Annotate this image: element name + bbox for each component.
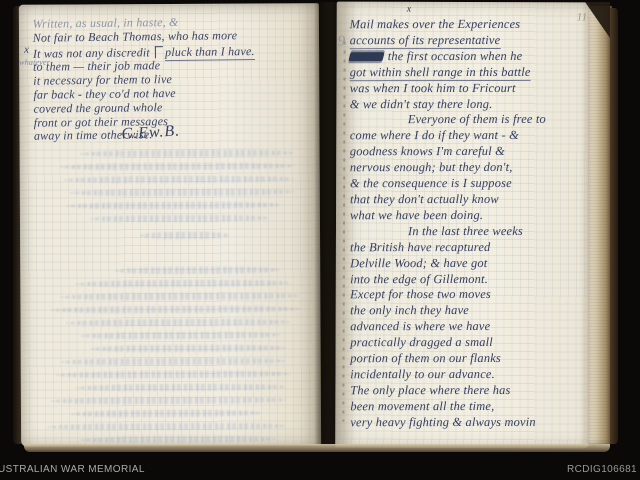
handwriting-line: the first occasion when he xyxy=(350,49,586,65)
scanned-diary-photo: x whatever Written, as usual, in haste, … xyxy=(0,0,640,480)
archive-name-label: USTRALIAN WAR MEMORIAL xyxy=(0,464,145,475)
ink-bleedthrough-line xyxy=(70,188,295,196)
handwriting-text: the British have recaptured xyxy=(350,240,490,254)
handwriting-line: nervous enough; but they don't, xyxy=(350,160,586,176)
handwriting-line: The only place where there has xyxy=(350,383,586,399)
handwriting-line: very heavy fighting & always movin xyxy=(350,414,586,430)
ink-bleedthrough-line xyxy=(71,410,261,418)
ink-bleedthrough-line xyxy=(90,214,270,222)
handwriting-text: The only place where there has xyxy=(350,383,510,397)
handwriting-text: what we have been doing. xyxy=(350,208,483,222)
page-stack-fore-edge xyxy=(588,6,612,444)
handwriting-text: the first occasion when he xyxy=(388,49,523,63)
handwriting-line: what we have been doing. xyxy=(350,208,586,224)
ink-bleedthrough-line xyxy=(75,279,290,287)
handwriting-text: got within shell range in this battle xyxy=(350,65,531,81)
ink-bleedthrough-block xyxy=(19,3,319,5)
handwriting-line: accounts of its representative xyxy=(350,33,586,49)
ink-bleedthrough-line xyxy=(60,162,295,170)
handwriting-text: portion of them on our flanks xyxy=(350,351,501,365)
notebook-cover-right-edge xyxy=(610,8,618,444)
margin-x-mark: x xyxy=(24,44,29,56)
handwriting-line: Delville Wood; & have got xyxy=(350,255,586,271)
handwriting-line: portion of them on our flanks xyxy=(350,351,586,367)
handwriting-text: & the consequence is I suppose xyxy=(350,176,512,190)
ink-bleedthrough-line xyxy=(76,383,286,391)
handwriting-line: & the consequence is I suppose xyxy=(350,176,586,192)
handwriting-text: Mail makes over the Experiences xyxy=(350,17,521,31)
handwriting-text: very heavy fighting & always movin xyxy=(350,415,535,429)
signature-cewb: C.Ew.B. xyxy=(121,122,181,143)
right-page-handwriting: Mail makes over the Experiencesaccounts … xyxy=(350,17,587,431)
handwriting-text: the only inch they have xyxy=(350,303,469,317)
handwriting-line: into the edge of Gillemont. xyxy=(350,271,586,287)
insertion-bracket xyxy=(155,46,163,58)
ink-bleedthrough-line xyxy=(56,370,291,378)
archive-id-label: RCDIG106681 xyxy=(567,464,637,475)
ink-bleedthrough-line xyxy=(81,331,281,339)
handwriting-text: that they don't actually know xyxy=(350,192,499,206)
handwriting-text: practically dragged a small xyxy=(350,335,493,349)
handwriting-line: practically dragged a small xyxy=(350,335,586,351)
right-page: x 116 9 Mail makes over the Experiencesa… xyxy=(335,2,591,449)
handwriting-line: been movement all the time, xyxy=(350,399,586,415)
ink-bleedthrough-line xyxy=(51,396,286,404)
margin-number: 9 xyxy=(338,34,346,51)
handwriting-text: goodness knows I'm careful & xyxy=(350,144,505,158)
handwriting-text: Everyone of them is free to xyxy=(408,112,546,126)
ink-bleedthrough-line xyxy=(81,435,276,443)
left-page: x whatever Written, as usual, in haste, … xyxy=(19,3,321,447)
ink-bleedthrough-line xyxy=(140,232,230,239)
ink-bleedthrough-line xyxy=(61,357,286,365)
handwriting-line: Mail makes over the Experiences xyxy=(350,17,586,33)
ink-bleedthrough-line xyxy=(60,292,300,300)
handwriting-text: come where I do if they want - & xyxy=(350,128,519,142)
binding-stitches xyxy=(342,42,345,422)
handwriting-text: into the edge of Gillemont. xyxy=(350,271,488,285)
ink-bleedthrough-line xyxy=(64,175,294,183)
handwriting-line: advanced is where we have xyxy=(350,319,586,335)
handwriting-line: Everyone of them is free to xyxy=(350,112,586,128)
handwriting-text: accounts of its representative xyxy=(350,33,501,49)
handwriting-line: Except for those two moves xyxy=(350,287,586,303)
handwriting-text: nervous enough; but they don't, xyxy=(350,160,513,174)
handwriting-line: goodness knows I'm careful & xyxy=(350,144,586,160)
handwriting-text: been movement all the time, xyxy=(350,399,494,413)
handwriting-line: incidentally to our advance. xyxy=(350,367,586,383)
handwriting-line: In the last three weeks xyxy=(350,224,586,240)
handwriting-line: come where I do if they want - & xyxy=(350,128,586,144)
handwriting-text: advanced is where we have xyxy=(350,319,490,333)
ink-bleedthrough-line xyxy=(80,149,295,157)
scribbled-out-word xyxy=(348,52,384,61)
handwriting-text: & we didn't stay there long. xyxy=(350,97,493,111)
archive-caption-bar: USTRALIAN WAR MEMORIAL RCDIG106681 xyxy=(0,459,640,480)
ink-bleedthrough-line xyxy=(115,266,280,274)
ink-bleedthrough-line xyxy=(47,422,287,430)
book-bottom-edge xyxy=(24,444,610,452)
handwriting-text: pluck than I have. xyxy=(165,44,255,61)
handwriting-line: the British have recaptured xyxy=(350,239,586,255)
superscript-x-mark: x xyxy=(407,4,412,15)
handwriting-line: got within shell range in this battle xyxy=(350,65,586,81)
page-stack-texture xyxy=(588,6,612,444)
ink-bleedthrough-line xyxy=(66,201,281,209)
handwriting-text: incidentally to our advance. xyxy=(350,367,495,381)
handwriting-text: In the last three weeks xyxy=(408,224,523,238)
ink-bleedthrough-line xyxy=(91,344,286,352)
handwriting-line: the only inch they have xyxy=(350,303,586,319)
handwriting-text: Except for those two moves xyxy=(350,287,491,301)
handwriting-text: Not fair to Beach Thomas, who has more xyxy=(33,28,238,44)
ink-bleedthrough-line xyxy=(50,305,300,313)
handwriting-line: that they don't actually know xyxy=(350,192,586,208)
handwriting-line: & we didn't stay there long. xyxy=(350,96,586,112)
handwriting-text: Delville Wood; & have got xyxy=(350,256,487,270)
ink-bleedthrough-line xyxy=(65,318,290,326)
handwriting-text: was when I took him to Fricourt xyxy=(350,81,516,95)
handwriting-line: was when I took him to Fricourt xyxy=(350,80,586,96)
